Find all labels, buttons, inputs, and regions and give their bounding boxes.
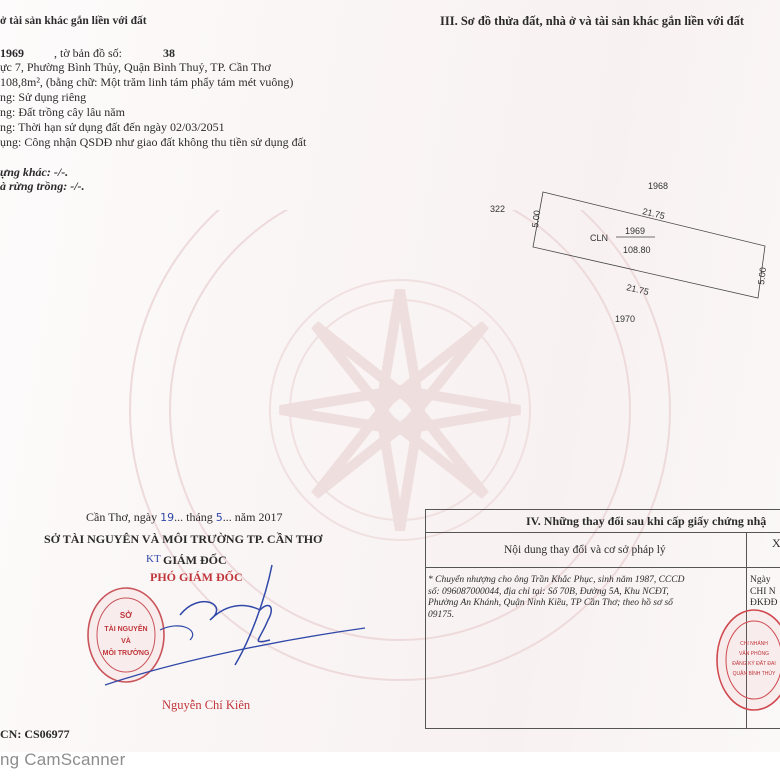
land-purpose: ng: Đất trồng cây lâu năm	[0, 105, 125, 119]
certificate-number: CN: CS06977	[0, 727, 70, 741]
year: năm 2017	[235, 510, 283, 524]
edge-right-length: 5.00	[756, 267, 768, 286]
land-origin: ụng: Công nhận QSDĐ như giao đất không t…	[0, 135, 306, 149]
registration-office-stamp-icon: CHI NHÁNH VĂN PHÒNG ĐĂNG KÝ ĐẤT ĐAI QUẬN…	[714, 605, 780, 715]
section-3-title: III. Sơ đồ thửa đất, nhà ở và tài sản kh…	[440, 14, 744, 28]
svg-text:ĐĂNG KÝ ĐẤT ĐAI: ĐĂNG KÝ ĐẤT ĐAI	[732, 660, 776, 667]
handwritten-signature-icon	[100, 560, 380, 690]
map-sheet-label: , tờ bản đồ số:	[54, 46, 122, 60]
neighbor-top: 1968	[648, 181, 668, 191]
address: ực 7, Phường Bình Thủy, Quận Bình Thuỷ, …	[0, 60, 271, 74]
parcel-number: 1969	[0, 46, 24, 60]
parcel-diagram: 1968 322 1970 21.75 21.75 5.00 5.00 CLN …	[480, 170, 780, 330]
svg-text:VĂN PHÒNG: VĂN PHÒNG	[739, 650, 769, 657]
parcel-area: 108.80	[623, 245, 651, 255]
agency-name: SỞ TÀI NGUYÊN VÀ MÔI TRƯỜNG TP. CẦN THƠ	[44, 532, 322, 546]
date-prefix: Cần Thơ, ngày	[86, 510, 157, 524]
col-content-header: Nội dung thay đổi và cơ sở pháp lý	[504, 543, 666, 557]
svg-text:QUẬN BÌNH THỦY: QUẬN BÌNH THỦY	[733, 670, 776, 677]
svg-text:CHI NHÁNH: CHI NHÁNH	[740, 640, 768, 647]
neighbor-left: 322	[490, 204, 505, 214]
changes-table-title-row: IV. Những thay đổi sau khi cấp giấy chứn…	[426, 510, 780, 533]
month-handwritten: 5	[216, 511, 223, 524]
scanned-certificate-page: ở tài sản khác gắn liền với đất 1969 , t…	[0, 0, 780, 752]
changes-table: IV. Những thay đổi sau khi cấp giấy chứn…	[425, 509, 780, 729]
month-label: tháng	[186, 510, 213, 524]
day-handwritten: 19	[160, 511, 174, 524]
col-confirm-header: X	[772, 536, 780, 550]
usage-term: ng: Thời hạn sử dụng đất đến ngày 02/03/…	[0, 120, 225, 134]
change-entry: * Chuyển nhượng cho ông Trần Khắc Phục, …	[428, 575, 684, 621]
section-header-fragment: ở tài sản khác gắn liền với đất	[0, 14, 147, 28]
usage-form: ng: Sử dụng riêng	[0, 90, 86, 104]
edge-bottom-length: 21.75	[626, 282, 650, 297]
land-code: CLN	[590, 233, 608, 243]
parcel-no: 1969	[625, 226, 645, 236]
date-line: Cần Thơ, ngày 19... tháng 5... năm 2017	[86, 510, 282, 525]
other-use: ựng khác: -/-.	[0, 165, 68, 179]
planted-forest: à rừng trồng: -/-.	[0, 179, 85, 193]
changes-table-header-row: Nội dung thay đổi và cơ sở pháp lý X	[426, 533, 780, 568]
section-4-title: IV. Những thay đổi sau khi cấp giấy chứn…	[526, 514, 766, 528]
camscanner-watermark: ng CamScanner	[0, 750, 125, 770]
area: 108,8m², (bằng chữ: Một trăm linh tám ph…	[0, 75, 293, 89]
signer-name: Nguyễn Chí Kiên	[162, 698, 250, 712]
map-sheet-number: 38	[163, 46, 175, 60]
neighbor-bottom: 1970	[615, 314, 635, 324]
edge-left-length: 5.00	[530, 210, 542, 229]
